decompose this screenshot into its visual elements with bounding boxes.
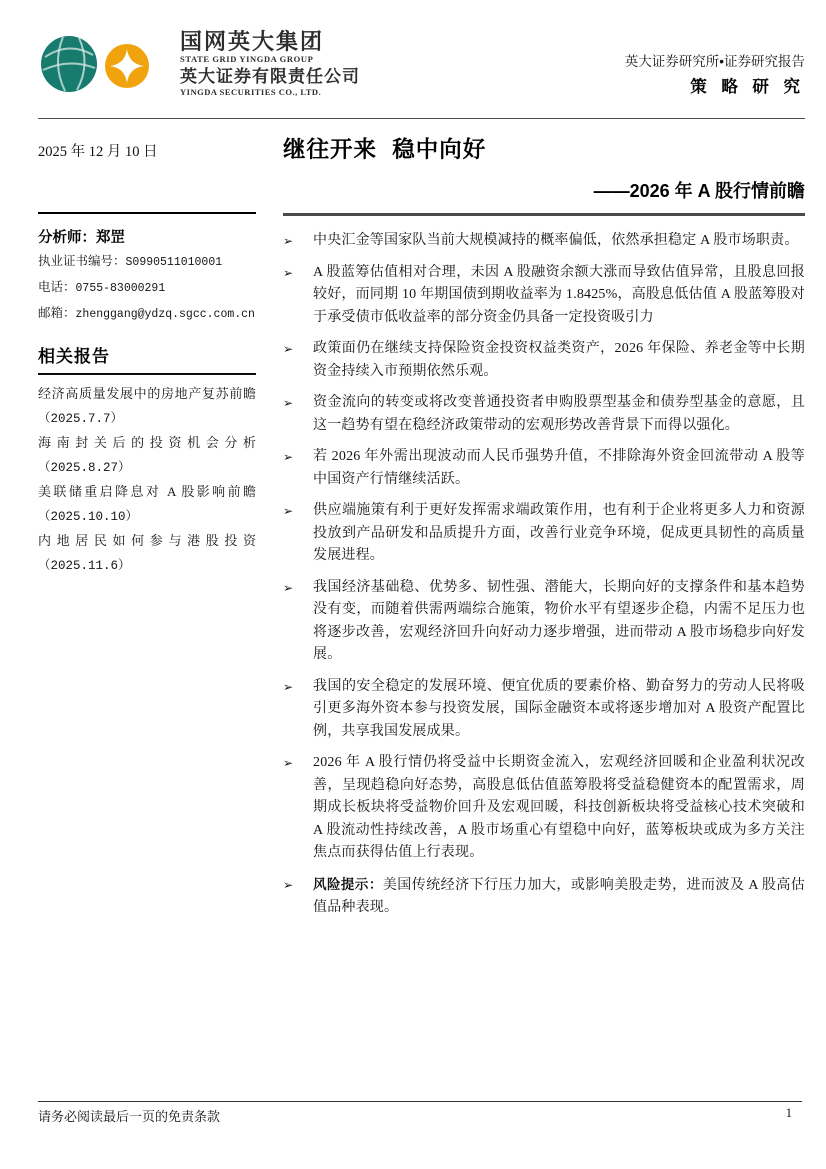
summary-point: ➢中央汇金等国家队当前大规模减持的概率偏低，依然承担稳定 A 股市场职责。 bbox=[283, 230, 805, 253]
analyst-name: 分析师：郑罡 bbox=[38, 227, 260, 249]
summary-point-text: 中央汇金等国家队当前大规模减持的概率偏低，依然承担稳定 A 股市场职责。 bbox=[313, 230, 805, 253]
related-report-item: 经济高质量发展中的房地产复苏前瞻（2025.7.7） bbox=[38, 382, 256, 431]
summary-point: ➢供应端施策有利于更好发挥需求端政策作用，也有利于企业将更多人力和资源投放到产品… bbox=[283, 500, 805, 568]
page-footer: 请务必阅读最后一页的免责条款 1 bbox=[38, 1101, 802, 1125]
arrow-bullet-icon: ➢ bbox=[283, 392, 313, 437]
related-report-date: （2025.11.6） bbox=[38, 554, 256, 579]
arrow-bullet-icon: ➢ bbox=[283, 752, 313, 865]
related-reports-section: 相关报告 经济高质量发展中的房地产复苏前瞻（2025.7.7）海南封关后的投资机… bbox=[38, 345, 260, 578]
summary-point-text: 资金流向的转变或将改变普通投资者申购股票型基金和债券型基金的意愿，且这一趋势有望… bbox=[313, 392, 805, 437]
related-report-date: （2025.7.7） bbox=[38, 407, 256, 432]
report-type-block: 英大证券研究所•证券研究报告 策 略 研 究 bbox=[625, 28, 805, 100]
arrow-bullet-icon: ➢ bbox=[283, 676, 313, 744]
summary-point-text: 我国的安全稳定的发展环境、便宜优质的要素价格、勤奋努力的劳动人民将吸引更多海外资… bbox=[313, 676, 805, 744]
related-report-date: （2025.10.10） bbox=[38, 505, 256, 530]
arrow-bullet-icon: ➢ bbox=[283, 262, 313, 330]
related-report-title: 美联储重启降息对 A 股影响前瞻 bbox=[38, 480, 256, 505]
page-header: 国网英大集团 STATE GRID YINGDA GROUP 英大证券有限责任公… bbox=[38, 0, 805, 109]
summary-point: ➢我国的安全稳定的发展环境、便宜优质的要素价格、勤奋努力的劳动人民将吸引更多海外… bbox=[283, 676, 805, 744]
summary-point: ➢A 股蓝筹估值相对合理，未因 A 股融资余额大涨而导致估值异常，且股息回报较好… bbox=[283, 262, 805, 330]
summary-point: ➢风险提示：美国传统经济下行压力加大，或影响美股走势，进而波及 A 股高估值品种… bbox=[283, 874, 805, 920]
title-divider bbox=[283, 213, 805, 216]
summary-point-text: 我国经济基础稳、优势多、韧性强、潜能大，长期向好的支撑条件和基本趋势没有变，而随… bbox=[313, 577, 805, 667]
related-reports-list: 经济高质量发展中的房地产复苏前瞻（2025.7.7）海南封关后的投资机会分析（2… bbox=[38, 382, 256, 578]
summary-point: ➢政策面仍在继续支持保险资金投资权益类资产，2026 年保险、养老金等中长期资金… bbox=[283, 338, 805, 383]
summary-point-text: 若 2026 年外需出现波动而人民币强势升值，不排除海外资金回流带动 A 股等中… bbox=[313, 446, 805, 491]
arrow-bullet-icon: ➢ bbox=[283, 230, 313, 253]
arrow-bullet-icon: ➢ bbox=[283, 577, 313, 667]
risk-warning-lead: 风险提示： bbox=[313, 877, 383, 892]
company-brand: 国网英大集团 STATE GRID YINGDA GROUP 英大证券有限责任公… bbox=[38, 28, 360, 109]
research-source: 英大证券研究所•证券研究报告 bbox=[625, 52, 805, 72]
related-report-title: 内地居民如何参与港股投资 bbox=[38, 529, 256, 554]
group-name-en: STATE GRID YINGDA GROUP bbox=[180, 54, 360, 65]
related-report-item: 海南封关后的投资机会分析（2025.8.27） bbox=[38, 431, 256, 480]
summary-point-text: 政策面仍在继续支持保险资金投资权益类资产，2026 年保险、养老金等中长期资金持… bbox=[313, 338, 805, 383]
arrow-bullet-icon: ➢ bbox=[283, 338, 313, 383]
analyst-license-label: 执业证书编号： bbox=[38, 254, 126, 268]
analyst-block: 分析师：郑罡 执业证书编号：S0990511010001 电话：0755-830… bbox=[38, 227, 260, 327]
left-sidebar: 2025 年 12 月 10 日 分析师：郑罡 执业证书编号：S09905110… bbox=[38, 119, 260, 929]
summary-point: ➢我国经济基础稳、优势多、韧性强、潜能大，长期向好的支撑条件和基本趋势没有变，而… bbox=[283, 577, 805, 667]
group-name-cn: 国网英大集团 bbox=[180, 30, 360, 54]
summary-point-text: 供应端施策有利于更好发挥需求端政策作用，也有利于企业将更多人力和资源投放到产品研… bbox=[313, 500, 805, 568]
arrow-bullet-icon: ➢ bbox=[283, 446, 313, 491]
company-name-en: YINGDA SECURITIES CO., LTD. bbox=[180, 87, 360, 98]
analyst-phone-label: 电话： bbox=[38, 280, 76, 294]
content-columns: 2025 年 12 月 10 日 分析师：郑罡 执业证书编号：S09905110… bbox=[38, 119, 805, 929]
analyst-phone: 电话：0755-83000291 bbox=[38, 275, 260, 301]
related-reports-heading: 相关报告 bbox=[38, 345, 260, 369]
related-report-date: （2025.8.27） bbox=[38, 456, 256, 481]
footer-row: 请务必阅读最后一页的免责条款 1 bbox=[38, 1102, 802, 1125]
analyst-phone-value: 0755-83000291 bbox=[76, 282, 166, 295]
report-subtitle: ——2026 年 A 股行情前瞻 bbox=[283, 178, 805, 204]
related-report-title: 海南封关后的投资机会分析 bbox=[38, 431, 256, 456]
related-reports-divider bbox=[38, 373, 256, 375]
footer-disclaimer: 请务必阅读最后一页的免责条款 bbox=[38, 1106, 220, 1125]
related-report-title: 经济高质量发展中的房地产复苏前瞻 bbox=[38, 382, 256, 407]
summary-point: ➢若 2026 年外需出现波动而人民币强势升值，不排除海外资金回流带动 A 股等… bbox=[283, 446, 805, 491]
company-name-block: 国网英大集团 STATE GRID YINGDA GROUP 英大证券有限责任公… bbox=[180, 28, 360, 98]
related-report-item: 内地居民如何参与港股投资（2025.11.6） bbox=[38, 529, 256, 578]
date-divider bbox=[38, 212, 256, 214]
arrow-bullet-icon: ➢ bbox=[283, 874, 313, 920]
report-date: 2025 年 12 月 10 日 bbox=[38, 141, 260, 163]
company-name-cn: 英大证券有限责任公司 bbox=[180, 67, 360, 87]
report-title: 继往开来 稳中向好 bbox=[283, 135, 805, 165]
summary-list: ➢中央汇金等国家队当前大规模减持的概率偏低，依然承担稳定 A 股市场职责。➢A … bbox=[283, 230, 805, 920]
report-category: 策 略 研 究 bbox=[625, 74, 805, 100]
summary-point-text: A 股蓝筹估值相对合理，未因 A 股融资余额大涨而导致估值异常，且股息回报较好，… bbox=[313, 262, 805, 330]
analyst-license-value: S0990511010001 bbox=[126, 256, 223, 269]
summary-point: ➢资金流向的转变或将改变普通投资者申购股票型基金和债券型基金的意愿，且这一趋势有… bbox=[283, 392, 805, 437]
analyst-email: 邮箱：zhenggang@ydzq.sgcc.com.cn bbox=[38, 301, 260, 327]
arrow-bullet-icon: ➢ bbox=[283, 500, 313, 568]
summary-point-text: 2026 年 A 股行情仍将受益中长期资金流入，宏观经济回暖和企业盈利状况改善，… bbox=[313, 752, 805, 865]
main-content: 继往开来 稳中向好 ——2026 年 A 股行情前瞻 ➢中央汇金等国家队当前大规… bbox=[283, 119, 805, 929]
page-number: 1 bbox=[786, 1106, 802, 1125]
summary-point: ➢2026 年 A 股行情仍将受益中长期资金流入，宏观经济回暖和企业盈利状况改善… bbox=[283, 752, 805, 865]
related-report-item: 美联储重启降息对 A 股影响前瞻（2025.10.10） bbox=[38, 480, 256, 529]
analyst-email-value: zhenggang@ydzq.sgcc.com.cn bbox=[76, 308, 255, 321]
report-page: 国网英大集团 STATE GRID YINGDA GROUP 英大证券有限责任公… bbox=[0, 0, 826, 1169]
company-logo-icon bbox=[38, 28, 170, 109]
summary-point-text: 风险提示：美国传统经济下行压力加大，或影响美股走势，进而波及 A 股高估值品种表… bbox=[313, 874, 805, 920]
analyst-email-label: 邮箱： bbox=[38, 306, 76, 320]
analyst-license: 执业证书编号：S0990511010001 bbox=[38, 249, 260, 275]
